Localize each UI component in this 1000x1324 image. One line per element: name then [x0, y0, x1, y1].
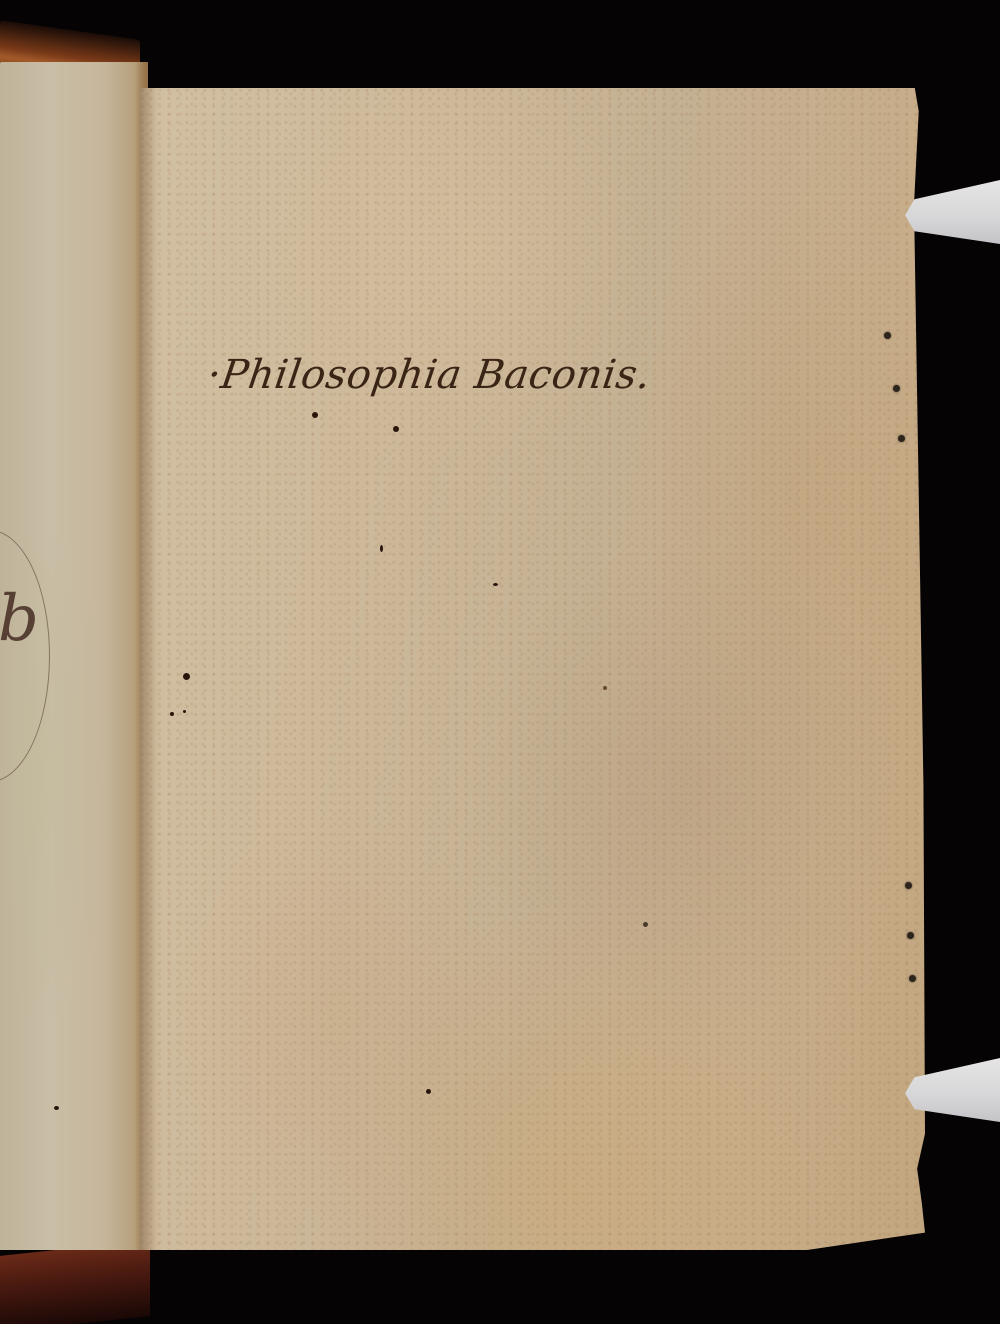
book-photograph: b ·Philosophia Baconis. [0, 0, 1000, 1324]
ink-dot [393, 426, 399, 432]
sewing-hole [907, 932, 914, 939]
ink-speck [493, 583, 498, 586]
gutter-shadow [140, 88, 158, 1250]
ink-dot [183, 710, 186, 713]
sewing-hole [898, 435, 905, 442]
upper-page-holder [905, 180, 1000, 244]
handwritten-inscription: ·Philosophia Baconis. [205, 352, 654, 398]
sewing-hole [909, 975, 916, 982]
oval-bookplate-outline [0, 530, 50, 782]
ink-dot [183, 673, 190, 680]
ink-dot [426, 1089, 431, 1094]
ink-dot [170, 712, 174, 716]
bookplate-letter: b [0, 582, 39, 656]
sewing-hole [905, 882, 912, 889]
ink-speck [54, 1106, 59, 1110]
sewing-hole [893, 385, 900, 392]
book-cover-bottom-edge [0, 1240, 150, 1324]
sewing-hole [884, 332, 891, 339]
ink-dot [312, 412, 318, 418]
stain-spot [603, 686, 607, 690]
left-pastedown-page: b [0, 62, 148, 1250]
vellum-flyleaf-page [140, 88, 925, 1250]
stain-spot [643, 922, 648, 927]
ink-speck [380, 545, 383, 552]
